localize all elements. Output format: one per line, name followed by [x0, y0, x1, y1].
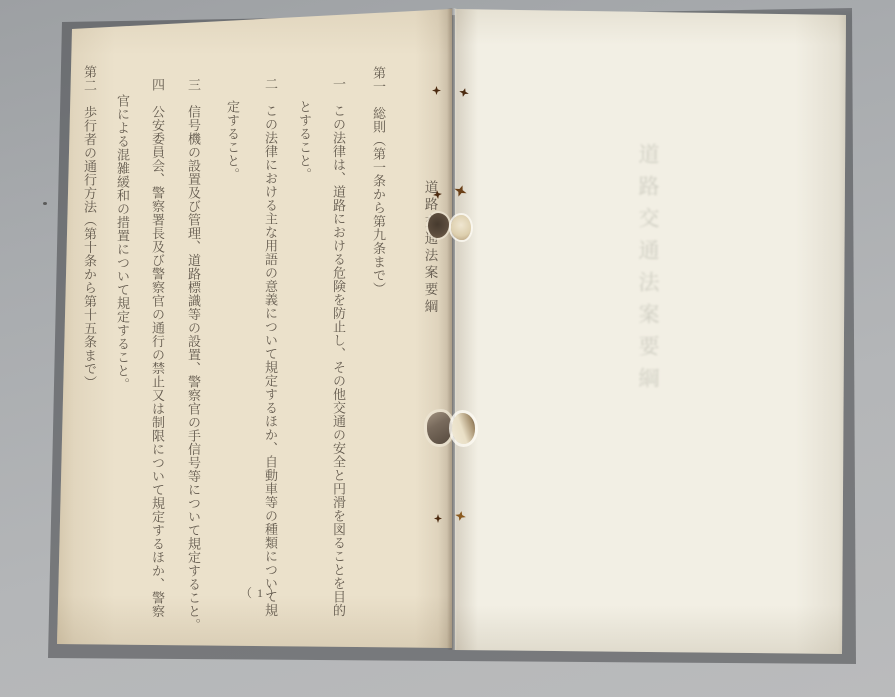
section-heading-1: 第一 総則（第一条から第九条まで）: [372, 66, 385, 296]
binding-hole: [452, 413, 475, 444]
item-2-continuation: 定すること。: [226, 100, 239, 181]
center-fold: [447, 8, 457, 650]
item-3-text: 三 信号機の設置及び管理、道路標識等の設置、警察官の手信号等について規定すること…: [187, 78, 200, 632]
item-2-text: 二 この法律における主な用語の意義について規定するほか、自動車等の種類について規: [264, 77, 277, 617]
backdrop-speck: [43, 202, 47, 205]
binding-hole: [427, 412, 452, 444]
document-title: 道路交通法案要綱: [423, 180, 437, 316]
page-number: （ 1 ）: [240, 584, 281, 601]
item-1-text: 一 この法律は、道路における危険を防止し、その他交通の安全と円滑を図ることを目的: [332, 77, 345, 617]
item-4-continuation: 官による混雑緩和の措置について規定すること。: [116, 94, 129, 391]
binding-hole: [451, 215, 471, 240]
item-1-continuation: とすること。: [298, 100, 311, 181]
photo-backdrop: 道路交通法案要綱 第一 総則（第一条から第九条まで） 一 この法律は、道路におけ…: [0, 0, 895, 697]
section-heading-2: 第二 歩行者の通行方法（第十条から第十五条まで）: [83, 65, 96, 389]
show-through-title: 道路交通法案要綱: [637, 143, 658, 399]
item-4-text: 四 公安委員会、警察署長及び警察官の通行の禁止又は制限について規定するほか、警察: [151, 78, 164, 618]
